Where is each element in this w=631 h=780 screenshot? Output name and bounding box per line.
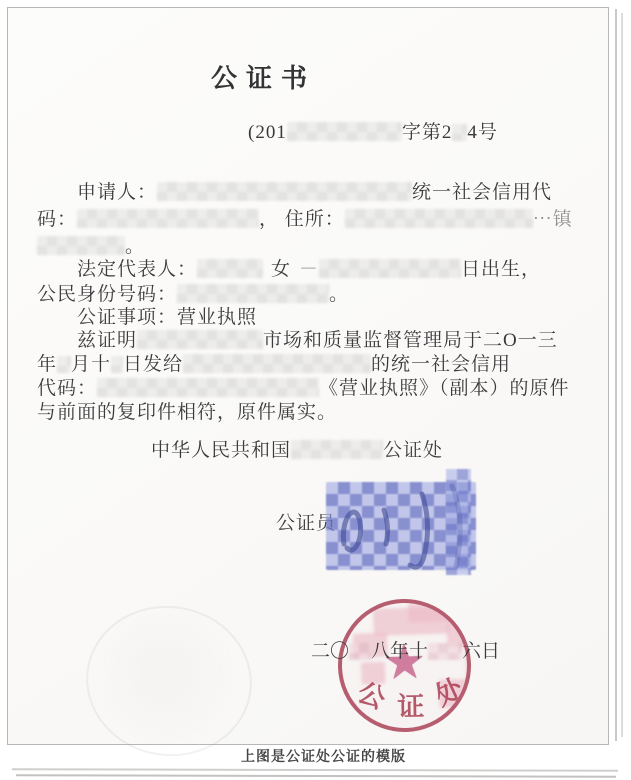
issue-date-line: 二〇八年十六日: [311, 636, 500, 663]
id-line-tail: 。: [329, 284, 349, 305]
office-line-prefix: 中华人民共和国: [151, 440, 291, 461]
redaction-patch: [57, 356, 71, 373]
redaction-patch: [77, 209, 259, 228]
certificate-title: 公证书: [211, 58, 316, 95]
certificate-page: 公证书 (201字第24号 申请人：统一社会信用代 码：， 住所：⋯镇 。 法定…: [7, 7, 609, 745]
redaction-patch: [183, 354, 371, 373]
cert-number-suffix: 4号: [467, 122, 498, 143]
legal-rep-line1-tail: 日出生，: [461, 259, 541, 280]
page-stack-edge: [621, 13, 623, 737]
cert-number-prefix: (201: [248, 122, 287, 143]
legal-rep-line: 法定代表人：女－日出生，: [77, 254, 541, 281]
attest-line1-tail: 市场和质量监督管理局于二O一三: [263, 330, 558, 351]
certificate-number-line: (201字第24号: [248, 117, 498, 144]
applicant-line1-tail: 统一社会信用代: [412, 182, 552, 203]
attest-pre: 兹证明: [77, 330, 137, 351]
notary-office-stamp: ★ 公 证 处: [336, 597, 474, 735]
redaction-patch: [37, 236, 125, 255]
page-stack-edge: [615, 9, 617, 741]
applicant-label: 申请人：: [77, 182, 157, 203]
legal-rep-gender: 女: [263, 259, 299, 280]
stamp-text-char: 公: [353, 670, 393, 716]
applicant-line-1: 申请人：统一社会信用代: [77, 177, 552, 204]
page-stack-edge: [16, 774, 616, 778]
year-char: 年: [37, 354, 57, 375]
dash-mark: －: [299, 259, 319, 280]
redaction-patch: [319, 259, 461, 278]
stamp-redaction-patch: [408, 602, 451, 622]
screenshot-root: 公证书 (201字第24号 申请人：统一社会信用代 码：， 住所：⋯镇 。 法定…: [0, 0, 631, 780]
attest-line3-tail: 《营业执照》（副本）的原件: [319, 378, 570, 399]
date-part-3: 六日: [462, 641, 500, 662]
attestation-line-1: 兹证明市场和质量监督管理局于二O一三: [77, 325, 558, 352]
applicant-line-2: 码：， 住所：⋯镇: [37, 204, 573, 231]
attest-line2-tail: 的统一社会信用: [371, 354, 511, 375]
date-part-2: 八年十: [371, 641, 428, 662]
legal-rep-label: 法定代表人：: [77, 259, 197, 280]
redaction-patch: [97, 378, 319, 397]
date-part-1: 二〇: [311, 641, 349, 662]
redaction-patch: [345, 209, 533, 228]
applicant-line2-tail: ⋯镇: [533, 209, 573, 230]
day-chars: 日发给: [123, 354, 183, 375]
template-caption: 上图是公证处公证的模版: [8, 746, 631, 766]
office-line: 中华人民共和国公证处: [151, 435, 443, 462]
address-label: ， 住所：: [259, 209, 345, 230]
redaction-patch: [137, 330, 263, 349]
attestation-line-4: 与前面的复印件相符，原件属实。: [37, 397, 337, 424]
attestation-line-2: 年月十日发给的统一社会信用: [37, 349, 511, 376]
month-chars: 月十: [71, 354, 111, 375]
cert-number-middle: 字第2: [402, 122, 453, 143]
stamp-text-char: 证: [397, 685, 425, 724]
ghost-stamp-watermark: [76, 595, 261, 767]
attestation-line-3: 代码：《营业执照》（副本）的原件: [37, 373, 570, 400]
redaction-patch: [349, 643, 371, 660]
signature-mosaic-blur: [446, 469, 471, 575]
credit-code-label: 码：: [37, 209, 77, 230]
redaction-patch: [111, 356, 123, 373]
page-stack-edge: [12, 768, 618, 772]
redaction-patch: [452, 124, 467, 141]
redaction-patch: [428, 643, 462, 660]
redaction-patch: [287, 122, 402, 141]
redaction-patch: [157, 182, 412, 201]
redaction-patch: [177, 284, 329, 303]
redaction-patch: [197, 259, 263, 278]
code-label: 代码：: [37, 378, 97, 399]
redaction-patch: [291, 440, 383, 459]
office-line-suffix: 公证处: [383, 440, 443, 461]
